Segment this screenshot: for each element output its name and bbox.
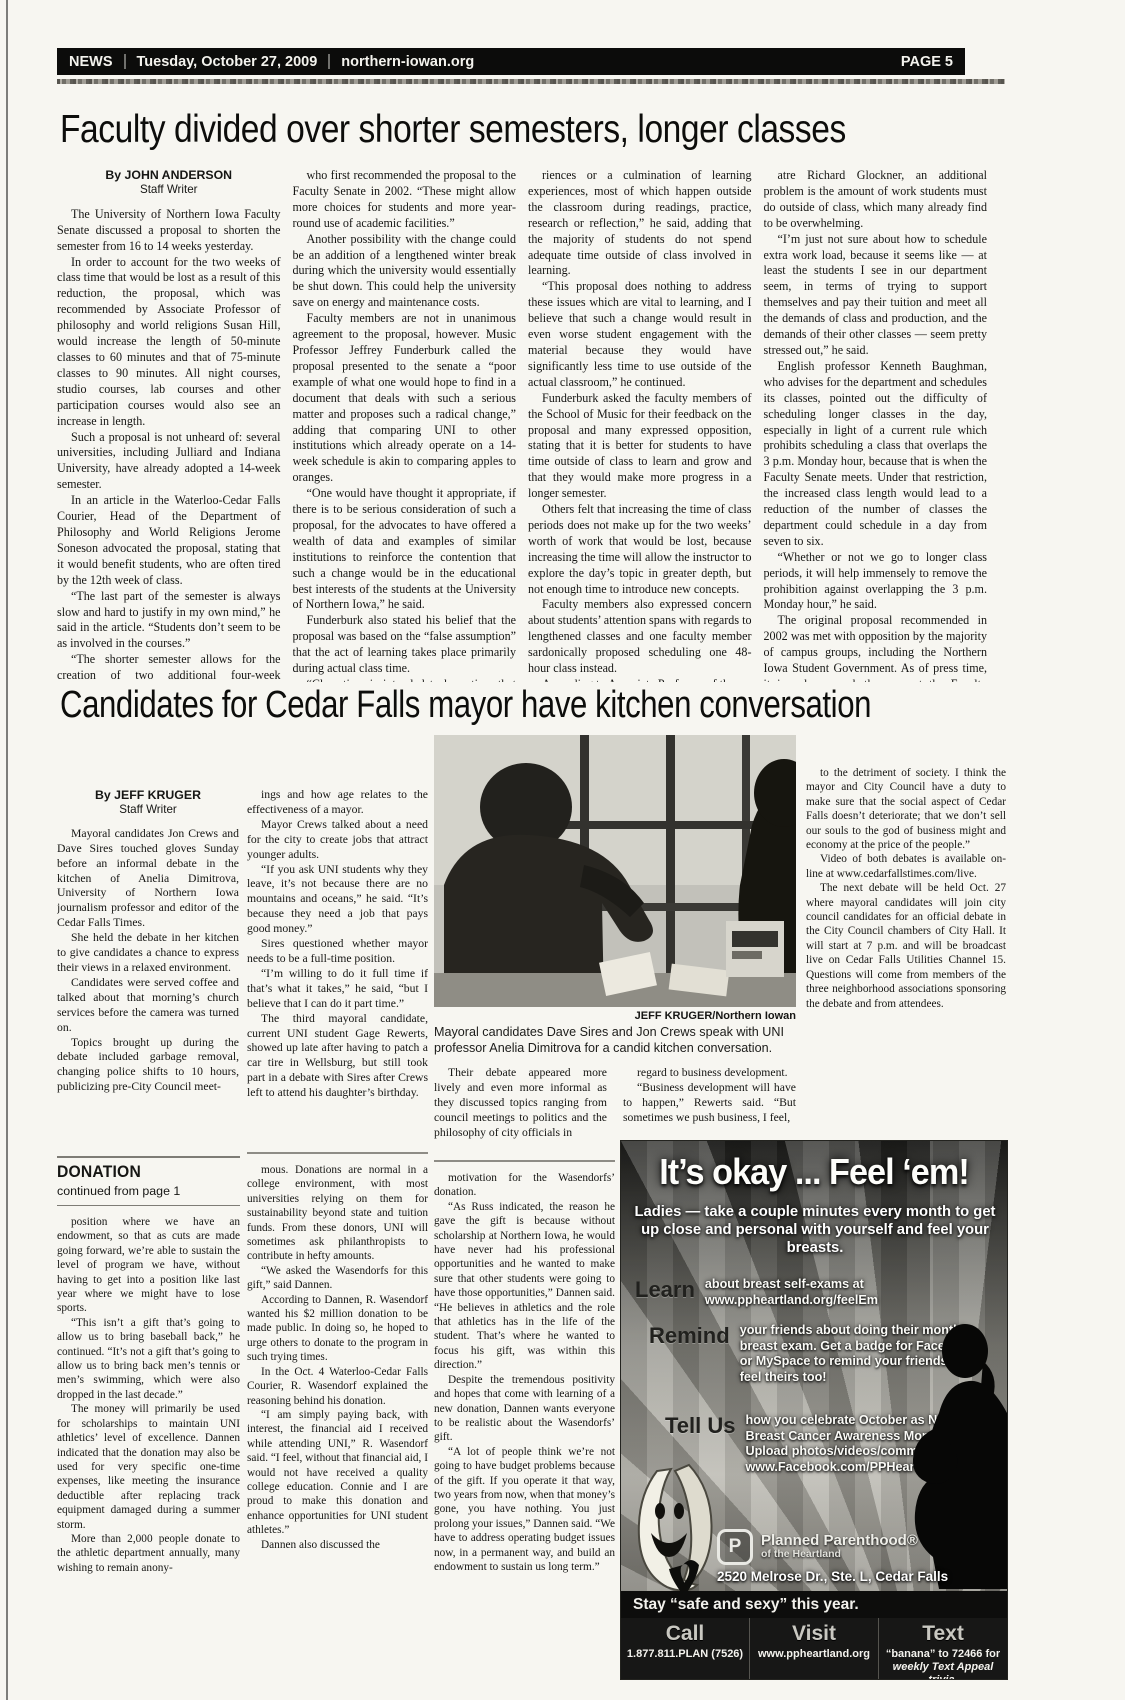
paragraph: “Class time is intended to be a time tha… <box>293 677 517 682</box>
article1-byline: By JOHN ANDERSON Staff Writer <box>57 168 281 198</box>
text-label: Text <box>879 1622 1007 1646</box>
donation-title: DONATION <box>57 1163 231 1182</box>
paragraph: “Business development will have to happe… <box>623 1081 796 1126</box>
article2-headline: Candidates for Cedar Falls mayor have ki… <box>60 684 871 727</box>
paragraph: “One would have thought it appropriate, … <box>293 486 517 613</box>
paragraph: According to Dannen, R. Wasendorf wanted… <box>247 1293 428 1365</box>
paragraph: “A lot of people think we’re not going t… <box>434 1445 615 1575</box>
byline-author: By JOHN ANDERSON <box>57 168 281 183</box>
article2-byline: By JEFF KRUGER Staff Writer <box>57 788 239 818</box>
text-instructions: “banana” to 72466 for weekly Text Appeal… <box>879 1648 1007 1680</box>
paragraph: Such a proposal is not unheard of: sever… <box>57 430 281 494</box>
paragraph: Faculty members are not in unanimous agr… <box>293 311 517 486</box>
paragraph: In the Oct. 4 Waterloo-Cedar Falls Couri… <box>247 1365 428 1408</box>
call-label: Call <box>621 1622 749 1646</box>
paragraph: “I am simply paying back, with interest,… <box>247 1408 428 1538</box>
paragraph: The third mayoral candidate, current UNI… <box>247 1012 428 1101</box>
paragraph: The original proposal recommended in 200… <box>764 613 988 682</box>
ad-visit-contact: Visit www.ppheartland.org <box>749 1618 878 1680</box>
paragraph: The University of Northern Iowa Faculty … <box>57 207 281 255</box>
article2-subcolumn-a: Their debate appeared more lively and ev… <box>434 1066 607 1156</box>
article2-column-1: By JEFF KRUGER Staff Writer Mayoral cand… <box>57 788 239 1152</box>
ad-learn-row: Learn about breast self-exams at www.pph… <box>635 1277 995 1308</box>
paragraph: Another possibility with the change coul… <box>293 232 517 312</box>
ad-learn-label: Learn <box>635 1277 695 1308</box>
paragraph: Funderburk also stated his belief that t… <box>293 613 517 677</box>
ad-address: 2520 Melrose Dr., Ste. L, Cedar Falls <box>717 1569 948 1584</box>
ad-contact-bar: Call 1.877.811.PLAN (7526) Visit www.pph… <box>621 1618 1007 1680</box>
column-text: motivation for the Wasendorfs’ donation.… <box>434 1171 615 1574</box>
photo-credit: JEFF KRUGER/Northern Iowan <box>434 1010 796 1022</box>
column-rule <box>247 1152 428 1154</box>
paragraph: “As Russ indicated, the reason he gave t… <box>434 1200 615 1373</box>
ad-text-contact: Text “banana” to 72466 for weekly Text A… <box>878 1618 1007 1680</box>
article2-column-5: to the detriment of society. I think the… <box>806 766 1006 1154</box>
paragraph: “If you ask UNI students why they leave,… <box>247 863 428 938</box>
paragraph: The next debate will be held Oct. 27 whe… <box>806 881 1006 1011</box>
article1-column-3: riences or a culmination of learning exp… <box>528 168 752 682</box>
donation-header: DONATION continued from page 1 <box>57 1156 240 1206</box>
ad-tagline-bar: Stay “safe and sexy” this year. <box>621 1591 1007 1618</box>
text-instruction-line1: “banana” to 72466 for <box>883 1648 1003 1661</box>
paragraph: Mayoral candidates Jon Crews and Dave Si… <box>57 827 239 931</box>
banana-character-icon <box>627 1453 727 1603</box>
byline-author: By JEFF KRUGER <box>57 788 239 803</box>
article1-columns: By JOHN ANDERSON Staff Writer The Univer… <box>57 168 987 682</box>
paragraph: Video of both debates is available on-li… <box>806 852 1006 881</box>
article2-photo-block: JEFF KRUGER/Northern Iowan Mayoral candi… <box>434 735 796 1163</box>
header-date: Tuesday, October 27, 2009 <box>137 54 318 70</box>
paragraph: motivation for the Wasendorfs’ donation. <box>434 1171 615 1200</box>
paragraph: Topics brought up during the debate incl… <box>57 1036 239 1096</box>
call-phone-number: 1.877.811.PLAN (7526) <box>621 1648 749 1661</box>
planned-parenthood-advertisement: It’s okay ... Feel ‘em! Ladies — take a … <box>620 1140 1008 1680</box>
article1-column-2: who first recommended the proposal to th… <box>293 168 517 682</box>
paragraph: mous. Donations are normal in a college … <box>247 1163 428 1264</box>
paragraph: ings and how age relates to the effectiv… <box>247 788 428 818</box>
ad-remind-label: Remind <box>649 1323 730 1385</box>
pp-org-subname: of the Heartland <box>761 1548 918 1560</box>
column-rule <box>434 1160 615 1162</box>
paragraph: According to Associate Professor of the- <box>528 677 752 682</box>
paragraph: “I’m just not sure about how to schedule… <box>764 232 988 359</box>
newspaper-page: NEWS Tuesday, October 27, 2009 northern-… <box>0 0 1125 1700</box>
paragraph: position where we have an endowment, so … <box>57 1215 240 1316</box>
paragraph: Their debate appeared more lively and ev… <box>434 1066 607 1141</box>
paragraph: In an article in the Waterloo-Cedar Fall… <box>57 493 281 588</box>
article1-headline: Faculty divided over shorter semesters, … <box>60 108 846 152</box>
ad-call-contact: Call 1.877.811.PLAN (7526) <box>621 1618 749 1680</box>
pp-logo: P Planned Parenthood® of the Heartland <box>717 1529 918 1565</box>
text-instruction-line2: weekly Text Appeal trivia. <box>883 1661 1003 1680</box>
paragraph: regard to business development. <box>623 1066 796 1081</box>
article2-column-2: ings and how age relates to the effectiv… <box>247 788 428 1150</box>
kitchen-photo-illustration <box>434 735 796 1007</box>
paragraph: The money will primarily be used for sch… <box>57 1402 240 1532</box>
ad-subtitle: Ladies — take a couple minutes every mon… <box>633 1203 997 1257</box>
paragraph: Funderburk asked the faculty members of … <box>528 391 752 502</box>
ad-learn-text: about breast self-exams at www.ppheartla… <box>705 1277 995 1308</box>
paragraph: “The shorter semester allows for the cre… <box>57 652 281 682</box>
paragraph: “Whether or not we go to longer class pe… <box>764 550 988 614</box>
paragraph: Faculty members also expressed concern a… <box>528 597 752 677</box>
paragraph: More than 2,000 people donate to the ath… <box>57 1532 240 1575</box>
paragraph: Candidates were served coffee and talked… <box>57 976 239 1036</box>
donation-subtitle: continued from page 1 <box>57 1184 240 1198</box>
column-text: position where we have an endowment, so … <box>57 1215 240 1575</box>
paragraph: She held the debate in her kitchen to gi… <box>57 931 239 976</box>
paragraph: to the detriment of society. I think the… <box>806 766 1006 852</box>
visit-url: www.ppheartland.org <box>750 1648 878 1661</box>
donation-column-3: motivation for the Wasendorfs’ donation.… <box>434 1160 615 1674</box>
paragraph: “This proposal does nothing to address t… <box>528 279 752 390</box>
byline-role: Staff Writer <box>57 183 281 197</box>
paragraph: “This isn’t a gift that’s going to allow… <box>57 1316 240 1402</box>
photo-caption: Mayoral candidates Dave Sires and Jon Cr… <box>434 1025 796 1056</box>
pp-logo-icon: P <box>717 1529 753 1565</box>
page-number: PAGE 5 <box>901 54 953 70</box>
paragraph: Mayor Crews talked about a need for the … <box>247 818 428 863</box>
section-label: NEWS <box>69 54 113 70</box>
donation-column-1: DONATION continued from page 1 position … <box>57 1156 240 1670</box>
column-text: The University of Northern Iowa Faculty … <box>57 207 281 682</box>
paragraph: riences or a culmination of learning exp… <box>528 168 752 279</box>
paragraph: “We asked the Wasendorfs for this gift,”… <box>247 1264 428 1293</box>
paragraph: Despite the tremendous positivity and ho… <box>434 1373 615 1445</box>
column-text: Mayoral candidates Jon Crews and Dave Si… <box>57 827 239 1095</box>
visit-label: Visit <box>750 1622 878 1646</box>
header-bar: NEWS Tuesday, October 27, 2009 northern-… <box>57 48 965 75</box>
byline-role: Staff Writer <box>57 803 239 817</box>
article-photo <box>434 735 796 1007</box>
article1-column-4: atre Richard Glockner, an additional pro… <box>764 168 988 682</box>
paragraph: Others felt that increasing the time of … <box>528 502 752 597</box>
donation-column-2: mous. Donations are normal in a college … <box>247 1152 428 1672</box>
pp-org-name: Planned Parenthood® <box>761 1534 918 1548</box>
paragraph: English professor Kenneth Baughman, who … <box>764 359 988 550</box>
paragraph: “I’m willing to do it full time if that’… <box>247 967 428 1012</box>
paragraph: Dannen also discussed the <box>247 1538 428 1552</box>
paragraph: Sires questioned whether mayor needs to … <box>247 937 428 967</box>
paragraph: atre Richard Glockner, an additional pro… <box>764 168 988 232</box>
ad-title: It’s okay ... Feel ‘em! <box>631 1151 998 1193</box>
paragraph: who first recommended the proposal to th… <box>293 168 517 232</box>
header-site-url: northern-iowan.org <box>341 54 474 70</box>
header-rule <box>57 79 1005 84</box>
paragraph: “The last part of the semester is always… <box>57 589 281 653</box>
header-divider <box>124 54 126 69</box>
article1-column-1: By JOHN ANDERSON Staff Writer The Univer… <box>57 168 281 682</box>
woman-silhouette-icon <box>903 1317 1007 1589</box>
paragraph: In order to account for the two weeks of… <box>57 255 281 430</box>
header-divider <box>328 54 330 69</box>
column-text: mous. Donations are normal in a college … <box>247 1163 428 1552</box>
